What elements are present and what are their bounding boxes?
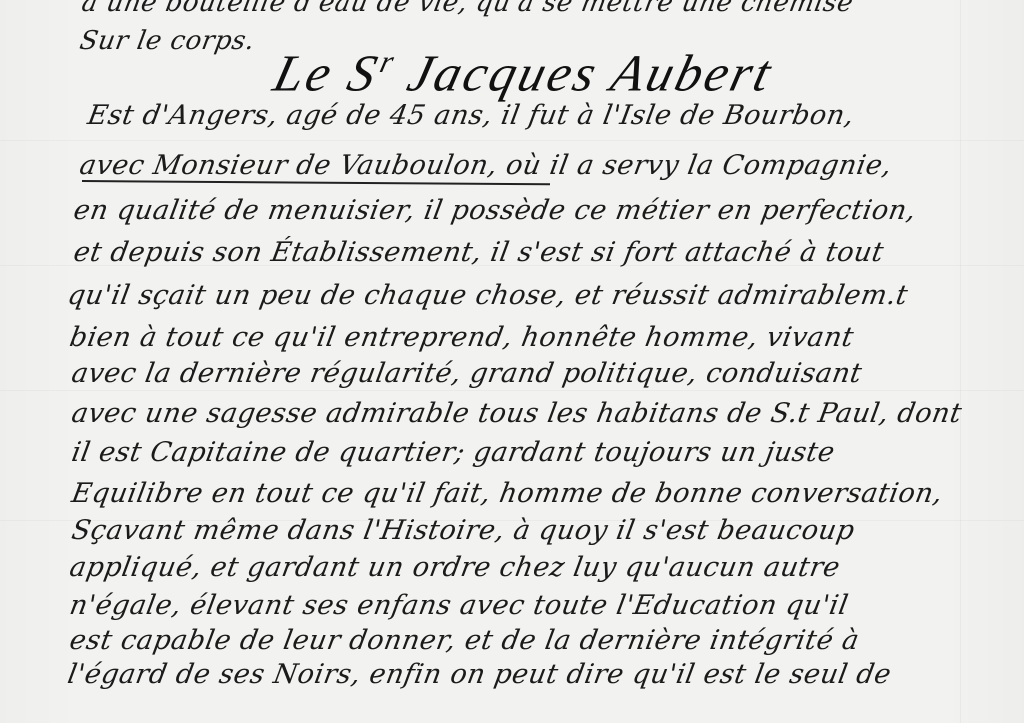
text-line-2: avec Monsieur de Vauboulon, où il a serv… bbox=[77, 150, 894, 181]
text-line-6: bien à tout ce qu'il entreprend, honnête… bbox=[67, 322, 856, 353]
text-line-pre-2: Sur le corps. bbox=[77, 26, 257, 56]
text-line-11: Sçavant même dans l'Histoire, à quoy il … bbox=[69, 515, 857, 546]
text-line-pre-1: à une bouteille d'eau de vie, qu'à se me… bbox=[79, 0, 855, 18]
faint-paper-rule bbox=[0, 390, 1024, 391]
entry-heading: Le Sr Jacques Aubert bbox=[268, 44, 780, 103]
page-margin-rule bbox=[960, 0, 961, 723]
text-line-7: avec la dernière régularité, grand polit… bbox=[69, 358, 864, 389]
text-line-15: l'égard de ses Noirs, enfin on peut dire… bbox=[65, 659, 894, 690]
text-line-9: il est Capitaine de quartier; gardant to… bbox=[69, 437, 837, 468]
text-line-8: avec une sagesse admirable tous les habi… bbox=[69, 398, 964, 429]
text-line-5: qu'il sçait un peu de chaque chose, et r… bbox=[65, 280, 910, 311]
text-line-13: n'égale, élevant ses enfans avec toute l… bbox=[67, 590, 850, 621]
heading-name: Jacques Aubert bbox=[402, 45, 779, 102]
text-line-12: appliqué, et gardant un ordre chez luy q… bbox=[67, 552, 842, 583]
text-line-4: et depuis son Établissement, il s'est si… bbox=[71, 237, 886, 268]
faint-paper-rule bbox=[0, 140, 1024, 141]
heading-prefix: Le S bbox=[268, 45, 385, 102]
text-line-14: est capable de leur donner, et de la der… bbox=[67, 625, 861, 656]
manuscript-page: à une bouteille d'eau de vie, qu'à se me… bbox=[0, 0, 1024, 723]
text-line-10: Equilibre en tout ce qu'il fait, homme d… bbox=[69, 478, 945, 509]
text-line-1: Est d'Angers, agé de 45 ans, il fut à l'… bbox=[85, 100, 856, 131]
text-line-3: en qualité de menuisier, il possède ce m… bbox=[71, 195, 918, 226]
